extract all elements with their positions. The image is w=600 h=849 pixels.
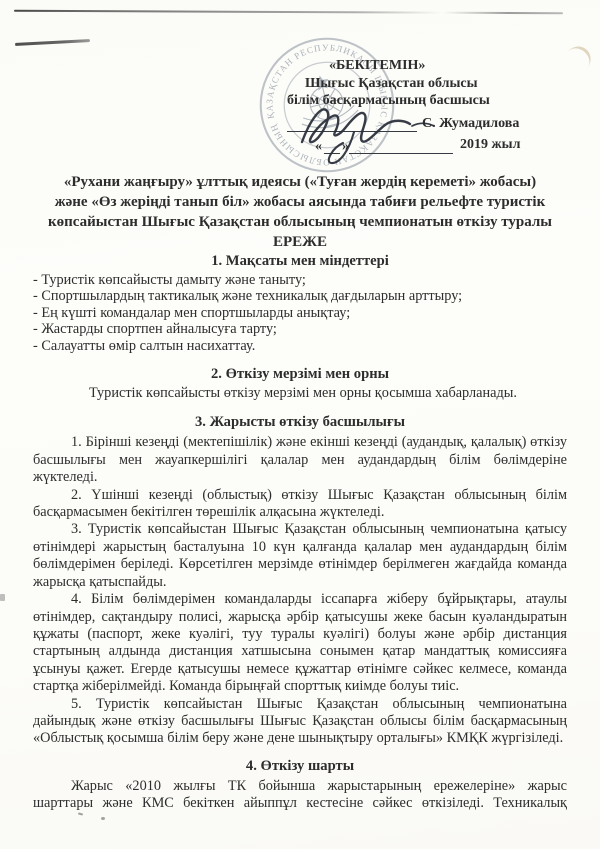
objective-item: - Ең күшті командалар мен спортшыларды а…: [33, 305, 567, 321]
scan-artifact-dash: [15, 39, 90, 46]
scan-artifact-top-line: [14, 10, 563, 15]
scanned-document-page: ҚАЗАҚСТАН РЕСПУБЛИКАСЫ ШЫҒЫС ҚАЗАҚСТАН О…: [0, 0, 600, 849]
policy-paragraph: 3. Туристік көпсайыстан Шығыс Қазақстан …: [33, 521, 567, 591]
scan-artifact-speck: [78, 812, 83, 815]
section-heading-leadership: 3. Жарысты өткізу басшылығы: [33, 413, 567, 431]
policy-paragraph: Жарыс «2010 жылғы ТК бойынша жарыстарыны…: [33, 778, 567, 813]
title-line: «Рухани жаңғыру» ұлттық идеясы («Туған ж…: [40, 172, 560, 192]
date-year: 2019 жыл: [460, 136, 520, 154]
approval-label: «БЕКІТЕМІН»: [287, 57, 555, 75]
scan-artifact-speck: [0, 594, 5, 601]
objective-item: - Спортшылардың тактикалық және техникал…: [33, 288, 567, 304]
title-line: көпсайыстан Шығыс Қазақстан облысының че…: [40, 212, 560, 232]
section-heading-conditions: 4. Өткізу шарты: [33, 757, 567, 775]
policy-paragraph: 1. Бірінші кезеңді (мектепішілік) және е…: [33, 434, 567, 486]
policy-paragraph: Туристік көпсайысты өткізу мерзімі мен о…: [33, 385, 567, 402]
section-heading-goals: 1. Мақсаты мен міндеттері: [33, 252, 567, 270]
document-title: «Рухани жаңғыру» ұлттық идеясы («Туған ж…: [40, 172, 560, 252]
title-line: ЕРЕЖЕ: [40, 232, 560, 252]
objective-item: - Туристік көпсайысты дамыту және таныту…: [33, 272, 567, 288]
objectives-list: - Туристік көпсайысты дамыту және таныту…: [33, 272, 567, 354]
handwritten-signature-icon: [294, 96, 460, 172]
section-heading-date-place: 2. Өткізу мерзімі мен орны: [33, 365, 567, 383]
objective-item: - Жастарды спортпен айналысуға тарту;: [33, 321, 567, 337]
scan-artifact-corner-curl: [558, 41, 596, 80]
objective-item: - Салауатты өмір салтын насихаттау.: [33, 338, 567, 354]
title-line: және «Өз жеріңді танып біл» жобасы аясын…: [40, 192, 560, 212]
policy-paragraph: 2. Үшінші кезеңді (облыстық) өткізу Шығы…: [33, 487, 567, 522]
scan-artifact-speck: [101, 817, 105, 820]
document-body: 1. Мақсаты мен міндеттері - Туристік көп…: [33, 252, 567, 813]
policy-paragraph: 5. Туристік көпсайыстан Шығыс Қазақстан …: [33, 696, 567, 748]
policy-paragraph: 4. Білім бөлімдерімен командаларды іссап…: [33, 591, 567, 695]
approval-org-line1: Шығыс Қазақстан облысы: [287, 75, 555, 93]
